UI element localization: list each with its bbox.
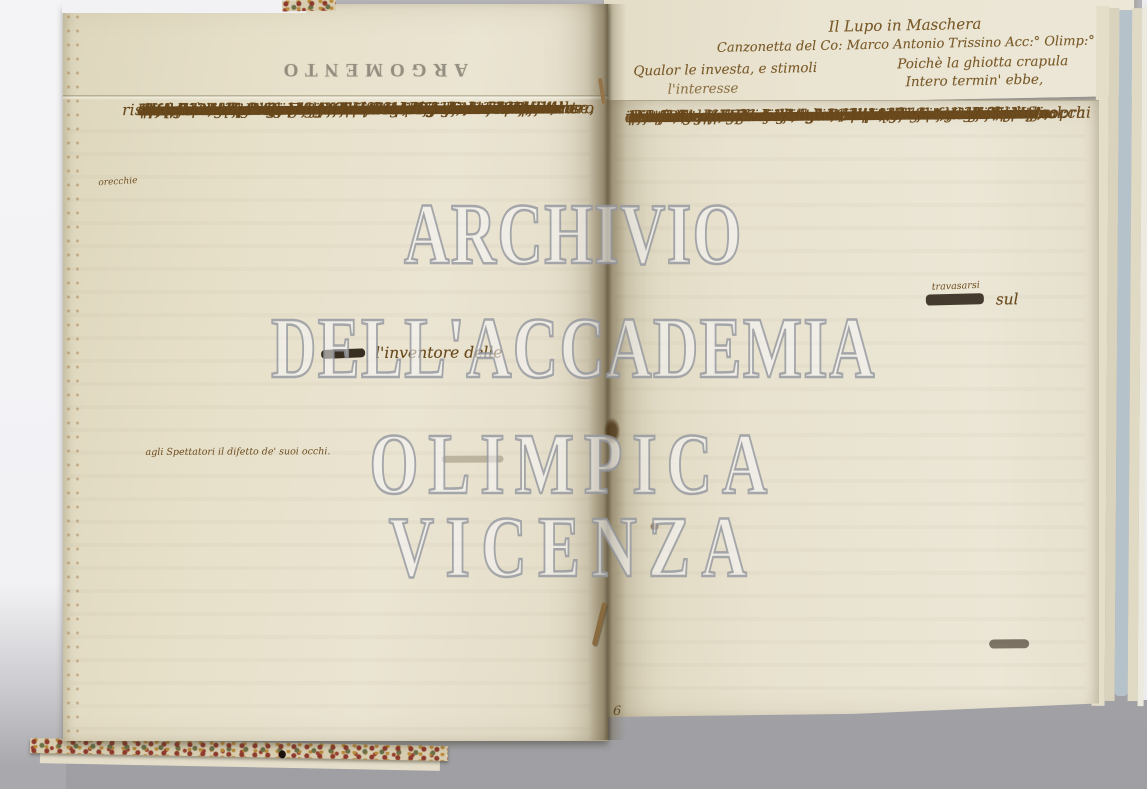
manuscript-scan: La Maschera Il Lupo in Maschera Canzonet… bbox=[0, 0, 1147, 789]
interline-note: travasarsi bbox=[932, 280, 981, 293]
manuscript-line: morfosi. bbox=[628, 107, 693, 134]
ink-blot bbox=[926, 293, 984, 306]
canzonetta-title: Il Lupo in Maschera bbox=[828, 15, 981, 36]
scanner-background-top bbox=[62, 0, 306, 13]
line-fragment: sul bbox=[996, 290, 1019, 308]
foxing-speckles bbox=[64, 10, 79, 734]
ink-smudge bbox=[442, 455, 504, 462]
manuscript-right-page bbox=[607, 100, 1099, 717]
interline-note: agli Spettatori il difetto de' suoi occh… bbox=[146, 446, 331, 458]
page-number: 6 bbox=[613, 704, 621, 719]
canzonetta-sheet: Il Lupo in Maschera Canzonetta del Co: M… bbox=[604, 0, 1136, 106]
page-edge-stack bbox=[1092, 6, 1147, 706]
canzonetta-attribution: Canzonetta del Co: Marco Antonio Trissin… bbox=[717, 34, 1095, 56]
verse-left-line-2: l'interesse bbox=[668, 80, 739, 97]
verse-left-line-1: Qualor le investa, e stimoli bbox=[633, 60, 817, 80]
ink-blot bbox=[321, 348, 365, 359]
paper-stain bbox=[650, 522, 659, 531]
verse-right-line-1: Poichè la ghiotta crapula bbox=[897, 53, 1068, 72]
marbled-cover-edge-top bbox=[282, 0, 336, 11]
paper-stain bbox=[604, 418, 620, 444]
manuscript-line: quegli immensi e magnifici Teatri. bbox=[143, 100, 424, 128]
scanner-background-left bbox=[0, 0, 66, 789]
verse-right-line-2: Intero termin' ebbe, bbox=[905, 72, 1043, 91]
show-through-text: ARGOMENTO bbox=[258, 58, 468, 80]
ink-dot bbox=[279, 750, 286, 758]
line-fragment: l'inventore delle bbox=[375, 343, 502, 362]
ink-blot bbox=[989, 639, 1029, 648]
